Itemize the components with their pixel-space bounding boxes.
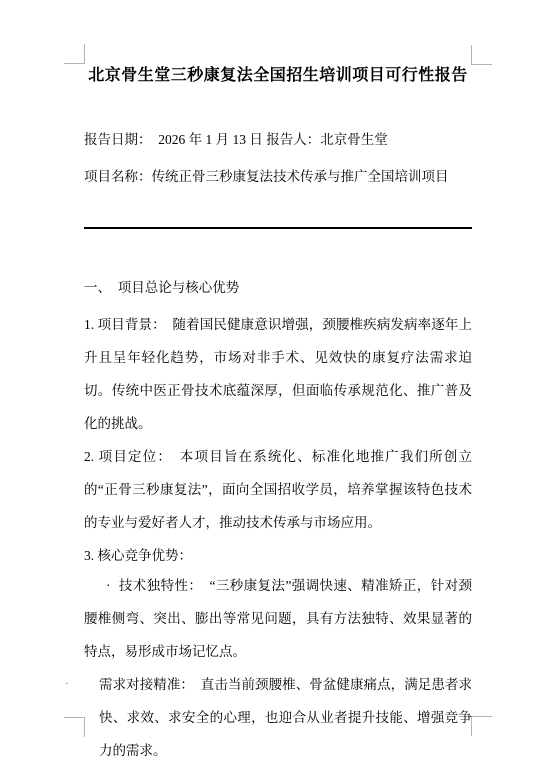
document-title: 北京骨生堂三秒康复法全国招生培训项目可行性报告 bbox=[84, 63, 472, 89]
document-body: 北京骨生堂三秒康复法全国招生培训项目可行性报告 报告日期： 2026 年 1 月… bbox=[84, 63, 472, 767]
paragraph-core-advantages-label: 3. 核心竞争优势： bbox=[84, 539, 472, 572]
document-page: 北京骨生堂三秒康复法全国招生培训项目可行性报告 报告日期： 2026 年 1 月… bbox=[0, 0, 553, 778]
horizontal-rule bbox=[84, 227, 472, 229]
report-date-line: 报告日期： 2026 年 1 月 13 日 报告人：北京骨生堂 bbox=[84, 130, 472, 150]
bullet-dot-icon: · bbox=[106, 578, 119, 593]
crop-mark-bottom-right bbox=[471, 716, 492, 736]
project-name-line: 项目名称：传统正骨三秒康复法技术传承与推广全国培训项目 bbox=[84, 167, 472, 187]
bullet-item-text: 技术独特性： “三秒康复法”强调快速、精准矫正，针对颈腰椎侧弯、突出、膨出等常见… bbox=[84, 578, 472, 659]
crop-mark-bottom-left bbox=[64, 717, 85, 737]
crop-mark-top-right bbox=[471, 45, 492, 65]
section-heading: 一、 项目总论与核心优势 bbox=[84, 271, 472, 304]
bullet-item-text: 需求对接精准： 直击当前颈腰椎、骨盆健康痛点，满足患者求快、求效、求安全的心理，… bbox=[99, 677, 472, 758]
bullet-item-demand-matching: ·需求对接精准： 直击当前颈腰椎、骨盆健康痛点，满足患者求快、求效、求安全的心理… bbox=[84, 668, 472, 767]
bullet-item-technique-uniqueness: ·技术独特性： “三秒康复法”强调快速、精准矫正，针对颈腰椎侧弯、突出、膨出等常… bbox=[84, 569, 472, 668]
crop-mark-top-left bbox=[64, 44, 85, 64]
paragraph-project-positioning: 2. 项目定位： 本项目旨在系统化、标准化地推广我们所创立的“正骨三秒康复法”，… bbox=[84, 440, 472, 539]
paragraph-project-background: 1. 项目背景： 随着国民健康意识增强，颈腰椎疾病发病率逐年上升且呈年轻化趋势，… bbox=[84, 308, 472, 440]
bullet-dot-icon: · bbox=[65, 668, 69, 701]
